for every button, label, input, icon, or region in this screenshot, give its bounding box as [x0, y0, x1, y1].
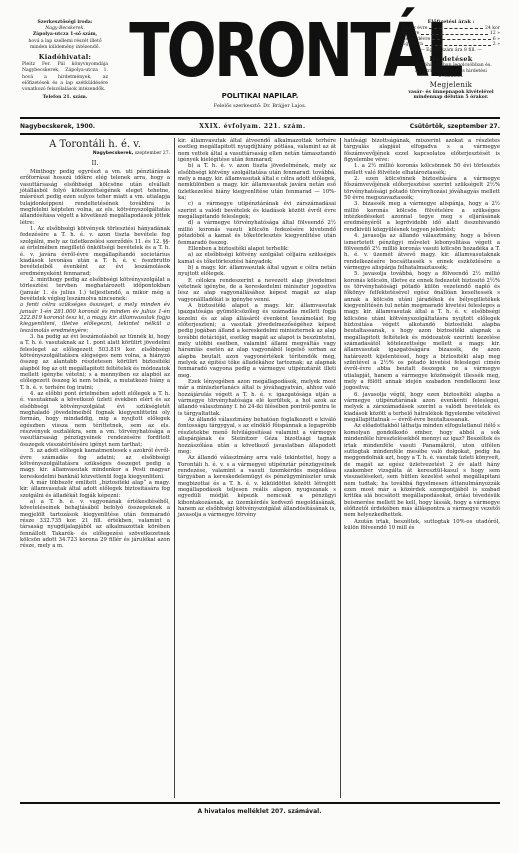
column-divider — [174, 138, 175, 798]
paragraph: 4. az előbbi pont értelmében adott előle… — [20, 391, 170, 448]
appears-title: Megjelenik — [402, 83, 500, 89]
paragraph: E célokra rendeszerint a nevezett alap j… — [178, 278, 336, 303]
paragraph: a fenti célra szükséges összeget, a mely… — [20, 302, 170, 334]
article-title: A Torontáli h. é. v. — [20, 142, 170, 148]
paragraph: hatósági bizottságának, miszerint azokat… — [344, 138, 500, 163]
paragraph: kir. államvasutak által átveendő alkalma… — [178, 138, 336, 163]
paragraph: 2. minthogy pedig az elsőbbségi kötvénys… — [20, 277, 170, 302]
paragraph: Azután irtak, beszéltek, suttogtak 10%-o… — [344, 519, 500, 532]
paragraph: Minthogy pedig egyrészt a vm. uti pénztá… — [20, 169, 170, 226]
divider — [20, 117, 500, 119]
ads-text: a kiadóhivatalban legolcsóbban és. Auszt… — [402, 63, 500, 80]
paragraph: Az állandó választmány arra való tekinte… — [178, 455, 336, 518]
paragraph: a) az elsőbbségi kötvény szolgálat célja… — [178, 252, 336, 265]
paragraph: Az előadottakból láthatja minden elfogul… — [344, 423, 500, 518]
divider — [20, 133, 500, 135]
volume-number: XXIX. évfolyam. 221. szám. — [199, 123, 305, 130]
paragraph: Ezek lényegében azon megállapodások, mel… — [178, 379, 336, 417]
masthead: Szerkesztőségi iroda: Nagy-Becskerek, Zá… — [0, 0, 519, 120]
column-divider — [340, 138, 341, 798]
article-column-2: kir. államvasutak által átveendő alkalma… — [178, 138, 336, 519]
paragraph: 5. javasolja továbbá, hogy a fölveendő 2… — [344, 271, 500, 392]
paragraph: 1. a 2½ millió koronás kölcsönnek 50 évi… — [344, 163, 500, 176]
paragraph: b) a magy. kir. államvasutak által ugyan… — [178, 265, 336, 278]
paragraph: b) a T. h. é. v. azon tiszta jövedelméne… — [178, 163, 336, 201]
article-place: Nagybecskerek, — [93, 151, 133, 156]
article-column-3: hatósági bizottságának, miszerint azokat… — [344, 138, 500, 531]
newspaper-title: TORONTÁL — [129, 14, 388, 90]
article-date: szeptember 27. — [135, 151, 170, 156]
ads-title: Hirdetések — [402, 57, 500, 63]
paragraph: 3. bizassék meg a vármegye alispánja, ho… — [344, 201, 500, 233]
dateline: Nagybecskerek, 1900. XXIX. évfolyam. 221… — [20, 120, 500, 132]
price-value: 2 » — [493, 42, 500, 48]
paragraph: 4. javasolja az állandó választmány, hog… — [344, 233, 500, 271]
article-section: II. — [20, 161, 170, 167]
subscription-info: Előfizetési árak : Egész évre24 kor Félé… — [402, 20, 500, 101]
place-year: Nagybecskerek, 1900. — [20, 123, 95, 130]
paragraph: A biztositéki alapot a magy. kir. államv… — [178, 303, 336, 379]
article-column-1: A Torontáli h. é. v. Nagybecskerek, szep… — [20, 138, 170, 550]
newspaper-subtitle: POLITIKAI NAPILAP. — [150, 92, 370, 100]
paragraph: 5. az adott előlegek kamatmentesek s azo… — [20, 448, 170, 480]
paragraph: 6. javasolja végül, hogy ezen biztositék… — [344, 392, 500, 424]
paragraph: Az állandó választmány behatóan foglalko… — [178, 417, 336, 455]
paragraph: 2. ezen kölcsönnek biztositására a várme… — [344, 176, 500, 201]
paragraph: a) a T. h. é. v. vagyonának értékesitésé… — [20, 499, 170, 550]
publisher-text: Pleitz Fer. Pál könyvnyomdája Nagybecske… — [22, 62, 108, 93]
paragraph: 3. ha pedig az évi leszámolásból az tünn… — [20, 334, 170, 391]
paragraph: 1. Az elsőbbségi kötvények törlesztési h… — [20, 226, 170, 277]
paragraph: d) a vármegye törvényhatósága által fölv… — [178, 220, 336, 245]
issue-date: Csütörtök, szeptember 27. — [410, 123, 500, 130]
paragraph: c) a vármegye utipénztárának évi zárszám… — [178, 201, 336, 220]
divider — [20, 802, 500, 804]
paragraph: A már többször emlitett „biztositéki ala… — [20, 480, 170, 499]
office-note: hová a lap szellemi részét illető minden… — [22, 39, 108, 51]
editor-line: Felelős szerkesztő: Dr. Brájjer Lajos. — [150, 103, 370, 109]
phone-number: Telefon 21. szám. — [22, 95, 108, 101]
supplement-note: A hivatalos melléklet 207. számával. — [0, 808, 519, 815]
appears-text: vasár- és ünnepnapok kivételével mindenn… — [402, 90, 500, 101]
publisher-title: Kiadóhivatal: — [22, 54, 108, 60]
editorial-office-info: Szerkesztőségi iroda: Nagy-Becskerek, Zá… — [22, 20, 108, 101]
single-issue-price: — Egyes szám ára 8 fill. — — [402, 48, 500, 54]
office-address: Zápolya-utcza 1-ső szám, — [22, 32, 108, 38]
article-dateline: Nagybecskerek, szeptember 27. — [20, 151, 170, 157]
